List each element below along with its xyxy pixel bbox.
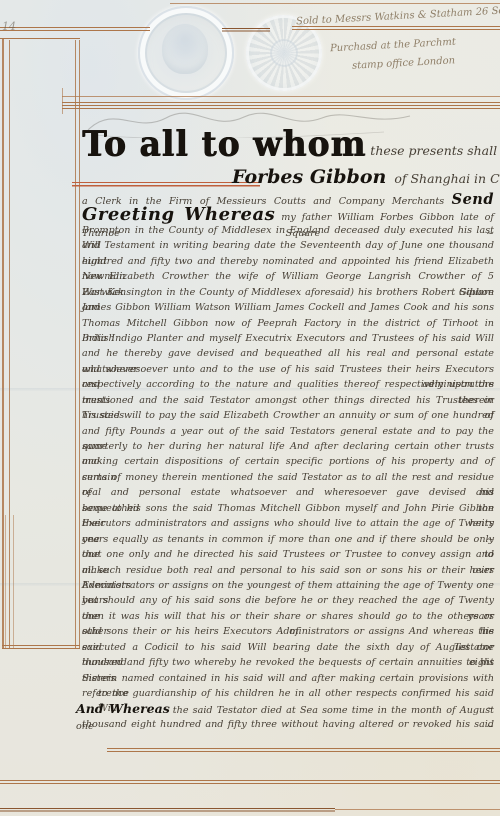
manuscript-line: same to his sons the said Thomas Mitchel… — [82, 501, 494, 516]
manuscript-line: East Kensington in the County of Middles… — [82, 285, 494, 300]
manuscript-line: quarterly to her during her natural life… — [82, 439, 494, 454]
folio-mark: 14 — [2, 20, 16, 33]
and-whereas-emphasis: And Whereas — [76, 701, 170, 716]
title-continuation: these presents shall come — [366, 143, 500, 158]
title-row-2: Forbes Gibbon of Shanghai in China — [232, 166, 496, 188]
manuscript-line: India Indigo Planter and myself Executri… — [82, 331, 494, 346]
header-rule-tick — [62, 88, 63, 114]
manuscript-line: and Testament in writing bearing date th… — [82, 238, 494, 253]
margin-line-right-a — [75, 40, 76, 648]
manuscript-line: Brompton in the County of Middlesex in E… — [82, 223, 494, 238]
manuscript-line: and wheresoever unto and to the use of h… — [82, 362, 494, 377]
manuscript-line: then it was his will that his or their s… — [82, 609, 494, 624]
margin-line-inner — [9, 40, 10, 648]
closing-line: And Whereasthe said Testator died at Sea… — [76, 701, 494, 716]
margin-line-outer — [2, 38, 4, 648]
margin-box-top-line — [0, 38, 80, 41]
manuscript-line: executed a Codicil to his said Will bear… — [82, 640, 494, 655]
manuscript-line: to the guardianship of his children he i… — [82, 686, 494, 701]
manuscript-line: years equally as tenants in common if mo… — [82, 532, 494, 547]
manuscript-body: a Clerk in the Firm of Messieurs Coutts … — [82, 192, 494, 732]
manuscript-line: mentioned and the said Testator amongst … — [82, 393, 494, 408]
manuscript-line: but should any of his said sons die befo… — [82, 593, 494, 608]
manuscript-line: said sons their or his heirs Executors A… — [82, 624, 494, 639]
bottom-rule-3-heavy — [0, 808, 335, 813]
manuscript-line: real and personal estate whatsoever and … — [82, 485, 494, 500]
header-rule-thin — [62, 96, 500, 97]
title-name-rest: Forbes Gibbon — [232, 166, 386, 188]
margin-line-extra-2 — [13, 515, 14, 648]
manuscript-line: James Gibbon William Watson William Jame… — [82, 300, 494, 315]
bottom-rule-3-thin — [335, 809, 500, 810]
manuscript-line: and he thereby gave devised and bequeath… — [82, 346, 494, 361]
manuscript-last-line: thousand eight hundred and fifty three w… — [82, 717, 494, 732]
manuscript-line: and fifty Pounds a year out of the said … — [82, 424, 494, 439]
manuscript-line: Administrators or assigns on the younges… — [82, 578, 494, 593]
stamp-office-annotation-1: Purchasd at the Parchmt — [330, 37, 456, 55]
manuscript-line: Executors administrators and assigns who… — [82, 516, 494, 531]
margin-box-bottom-line — [2, 645, 80, 649]
manuscript-line: Thomas Mitchell Gibbon now of Peeprah Fa… — [82, 316, 494, 331]
manuscript-line: sums of money therein mentioned the said… — [82, 470, 494, 485]
manuscript-line: therein named contained in his said will… — [82, 671, 494, 686]
bottom-rule-1 — [107, 748, 500, 753]
stamp-office-annotation-2: stamp office London — [352, 55, 456, 71]
sold-annotation: Sold to Messrs Watkins & Statham 26 Sep … — [296, 4, 500, 28]
embossed-crest-seal — [138, 6, 234, 100]
manuscript-line: respectively according to the nature and… — [82, 377, 494, 392]
ruled-line-top-band-dash — [222, 28, 270, 33]
manuscript-line: now Elizabeth Crowther the wife of Willi… — [82, 269, 494, 284]
manuscript-page: 14 Sold to Messrs Watkins & Statham 26 S… — [0, 0, 500, 816]
bottom-rule-2 — [0, 780, 500, 784]
manuscript-line: his said will to pay the said Elizabeth … — [82, 408, 494, 423]
manuscript-line: hundred and fifty two whereby he revoked… — [82, 655, 494, 670]
manuscript-line: that one only and he directed his said T… — [82, 547, 494, 562]
manuscript-line: hundred and fifty two and thereby nomina… — [82, 254, 494, 269]
manuscript-line: making certain dispositions of certain s… — [82, 454, 494, 469]
title-row: To all to whom these presents shall come… — [82, 124, 496, 163]
margin-line-right-b — [79, 40, 80, 648]
ruled-line-top-edge — [170, 3, 500, 4]
ruled-line-top-band-right — [292, 26, 500, 32]
margin-line-extra-1 — [5, 515, 6, 648]
title-name-place: of Shanghai in China — [394, 171, 500, 186]
intro-send-word: Send — [452, 191, 494, 208]
intro-line: Greeting Whereas my father William Forbe… — [82, 207, 494, 222]
ruled-line-top-band-left — [0, 27, 150, 33]
title-opening: To all to whom — [82, 123, 366, 164]
manuscript-line: all such residue both real and personal … — [82, 563, 494, 578]
